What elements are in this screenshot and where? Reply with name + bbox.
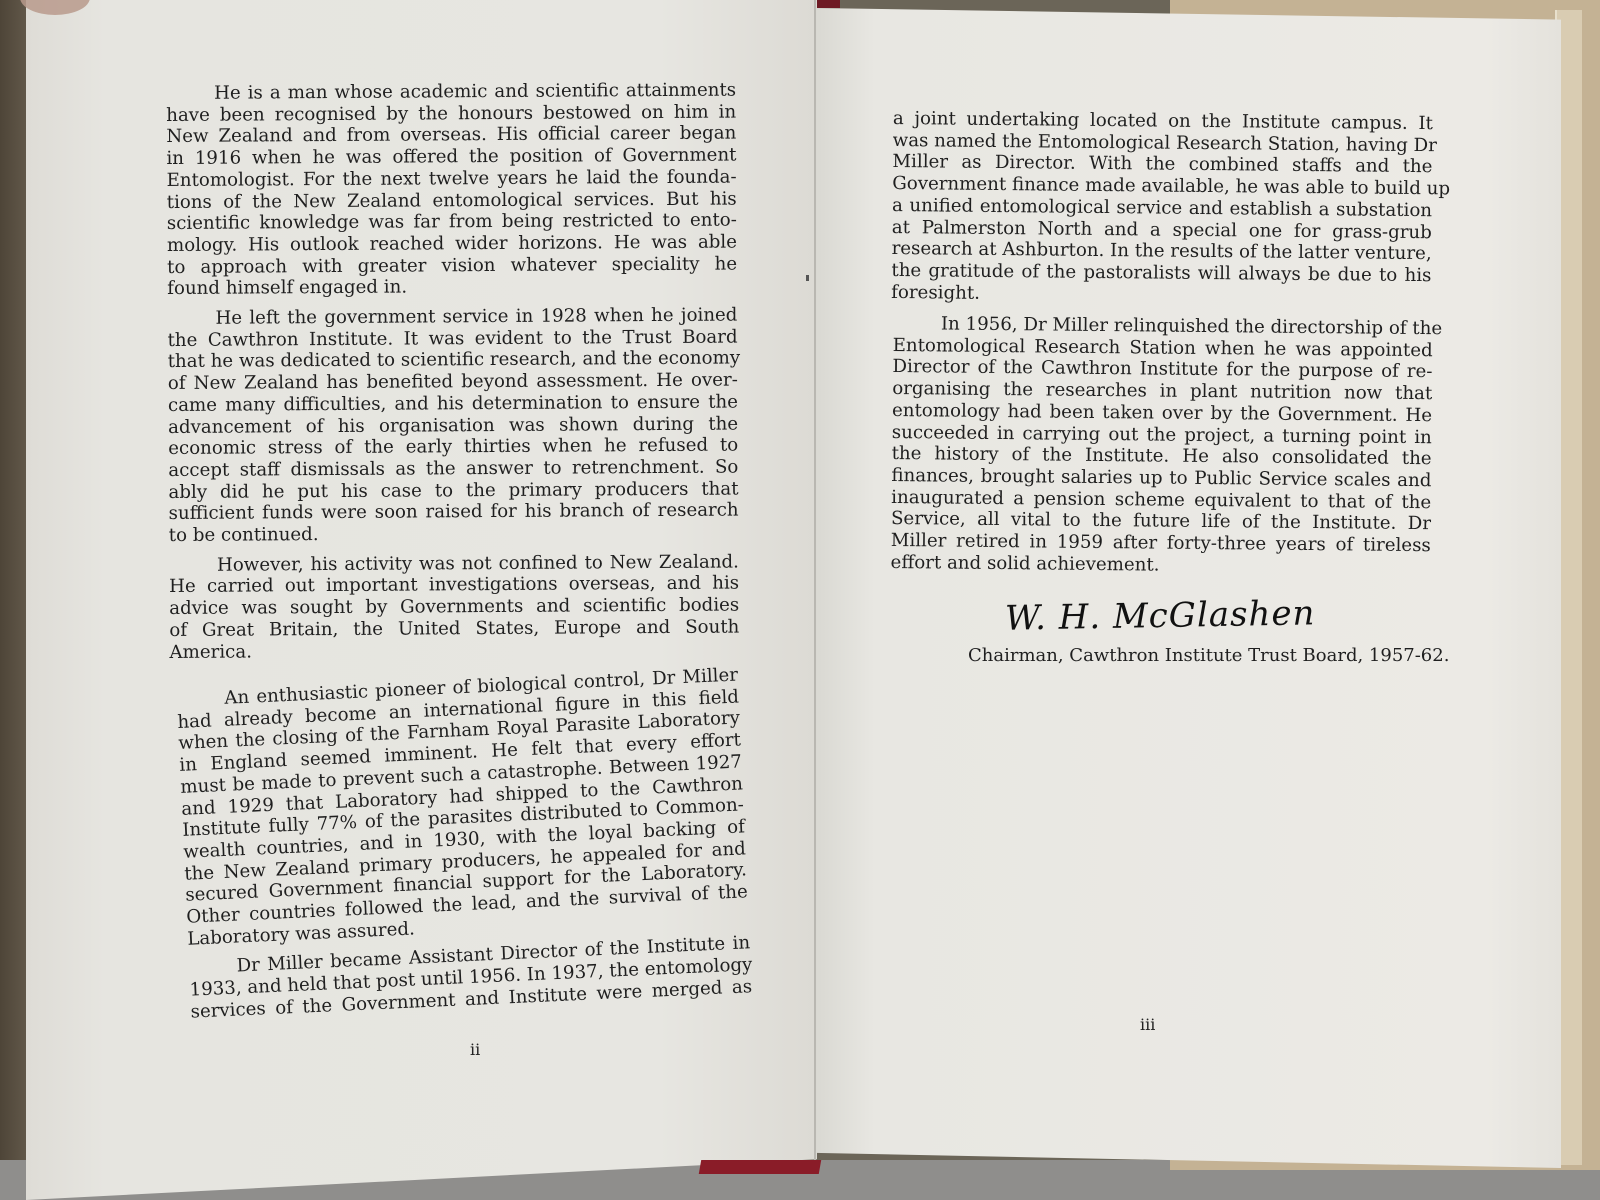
text-line: came many difficulties, and his determin… [168,391,738,416]
text-line: accept staff dismissals as the answer to… [168,456,738,481]
paragraph: An enthusiastic pioneer of biological co… [176,665,749,951]
left-page-text-upper: He is a man whose academic and scientifi… [166,80,740,672]
text-line: He is a man whose academic and scientifi… [166,80,736,105]
right-page-text-upper: a joint undertaking located on the Insti… [891,108,1433,317]
text-line: sufficient funds were soon raised for hi… [169,500,739,525]
page-mark [806,275,809,281]
text-line: mology. His outlook reached wider horizo… [167,231,737,256]
paragraph: He left the government service in 1928 w… [167,305,738,547]
right-page-text-lower: In 1956, Dr Miller relinquished the dire… [890,313,1433,587]
paragraph: He is a man whose academic and scientifi… [166,80,737,301]
text-line: to approach with greater vision whatever… [167,253,737,278]
text-line: found himself engaged in. [167,275,737,300]
text-line: He left the government service in 1928 w… [167,305,737,330]
signatory-title: Chairman, Cawthron Institute Trust Board… [968,645,1449,666]
left-page-text-lower: An enthusiastic pioneer of biological co… [176,665,753,1032]
text-line: America. [169,638,739,663]
text-line: Entomologist. For the next twelve years … [167,166,737,191]
paragraph: However, his activity was not confined t… [169,551,740,663]
page-number-right: iii [1140,1015,1155,1034]
book-gutter [814,0,816,1160]
handwritten-signature: W. H. McGlashen [1005,593,1316,638]
text-line: of Great Britain, the United States, Eur… [169,616,739,641]
book-cover-bottom [699,1160,821,1174]
paragraph: In 1956, Dr Miller relinquished the dire… [891,313,1433,579]
page-number-left: ii [470,1040,480,1059]
text-line: to be continued. [169,522,739,547]
paragraph: a joint undertaking located on the Insti… [891,108,1433,309]
